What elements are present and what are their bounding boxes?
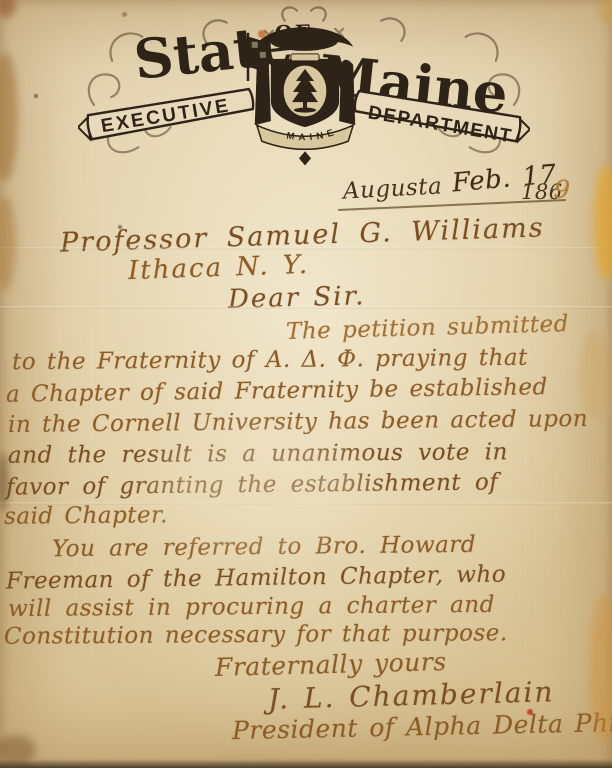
body-line: said Chapter.: [4, 502, 168, 529]
supporter-seaman-icon: [339, 60, 355, 125]
diamond-ornament-icon: [299, 151, 311, 165]
body-line: Constitution necessary for that purpose.: [4, 620, 508, 650]
body-line: Freeman of the Hamilton Chapter, who: [6, 562, 506, 595]
dateline-place: Augusta: [342, 173, 442, 204]
dirigo-banner-icon: [291, 54, 319, 61]
body-line: in the Cornell University has been acted…: [8, 406, 588, 438]
corner-stain: [598, 0, 612, 24]
dateline-year-digit: 9: [553, 174, 571, 204]
body-line: a Chapter of said Fraternity be establis…: [6, 374, 548, 408]
edge-stain: [0, 196, 16, 291]
valediction: Fraternally yours: [215, 647, 447, 682]
body-line: and the result is a unanimous vote in: [8, 439, 508, 468]
ink-speck: [34, 94, 38, 98]
paper-bottom-edge: [0, 759, 612, 768]
body-line: to the Fraternity of A. Δ. Φ. praying th…: [12, 345, 528, 376]
corner-stain: [0, 0, 16, 18]
recipient-address: Ithaca N. Y.: [128, 250, 310, 286]
edge-stain: [0, 52, 18, 182]
salutation: Dear Sir.: [228, 281, 366, 315]
state-of-maine-letterhead: State OF Maine EXECUTIVE DEPARTMENT: [78, 4, 530, 168]
letter-paper: State OF Maine EXECUTIVE DEPARTMENT: [0, 0, 612, 768]
body-line: You are referred to Bro. Howard: [52, 532, 476, 562]
yellow-stain: [594, 165, 612, 280]
body-line: favor of granting the establishment of: [6, 469, 499, 500]
body-line: The petition submitted: [286, 311, 570, 345]
body-line: will assist in procuring a charter and: [8, 592, 495, 622]
supporter-farmer-icon: [255, 60, 271, 125]
